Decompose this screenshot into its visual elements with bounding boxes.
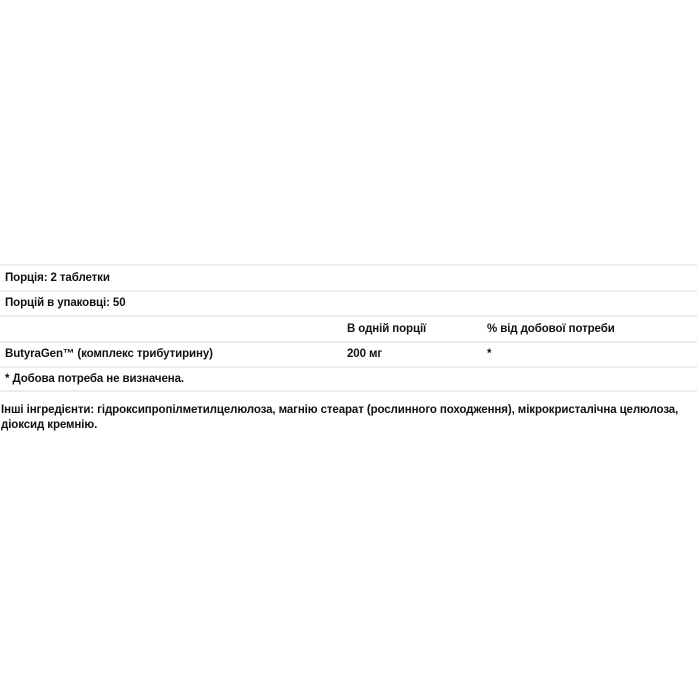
footnote-row: * Добова потреба не визначена. [0,366,697,392]
serving-size-row: Порція: 2 таблетки [0,264,697,290]
ingredient-daily-value: * [487,348,491,360]
table-row: ButyraGen™ (комплекс трибутирину) 200 мг… [0,341,697,367]
header-daily-value: % від добової потреби [487,323,615,335]
supplement-facts-table: Порція: 2 таблетки Порцій в упаковці: 50… [0,264,697,392]
serving-size: Порція: 2 таблетки [5,272,110,284]
footnote: * Добова потреба не визначена. [5,373,184,385]
ingredient-name: ButyraGen™ (комплекс трибутирину) [5,348,213,360]
servings-per-container: Порцій в упаковці: 50 [5,297,126,309]
header-amount: В одній порції [347,323,426,335]
table-header-row: В одній порції % від добової потреби [0,315,697,341]
ingredient-amount: 200 мг [347,348,382,360]
servings-per-container-row: Порцій в упаковці: 50 [0,290,697,316]
other-ingredients: Інші інгредієнти: гідроксипропілметилцел… [1,403,696,433]
